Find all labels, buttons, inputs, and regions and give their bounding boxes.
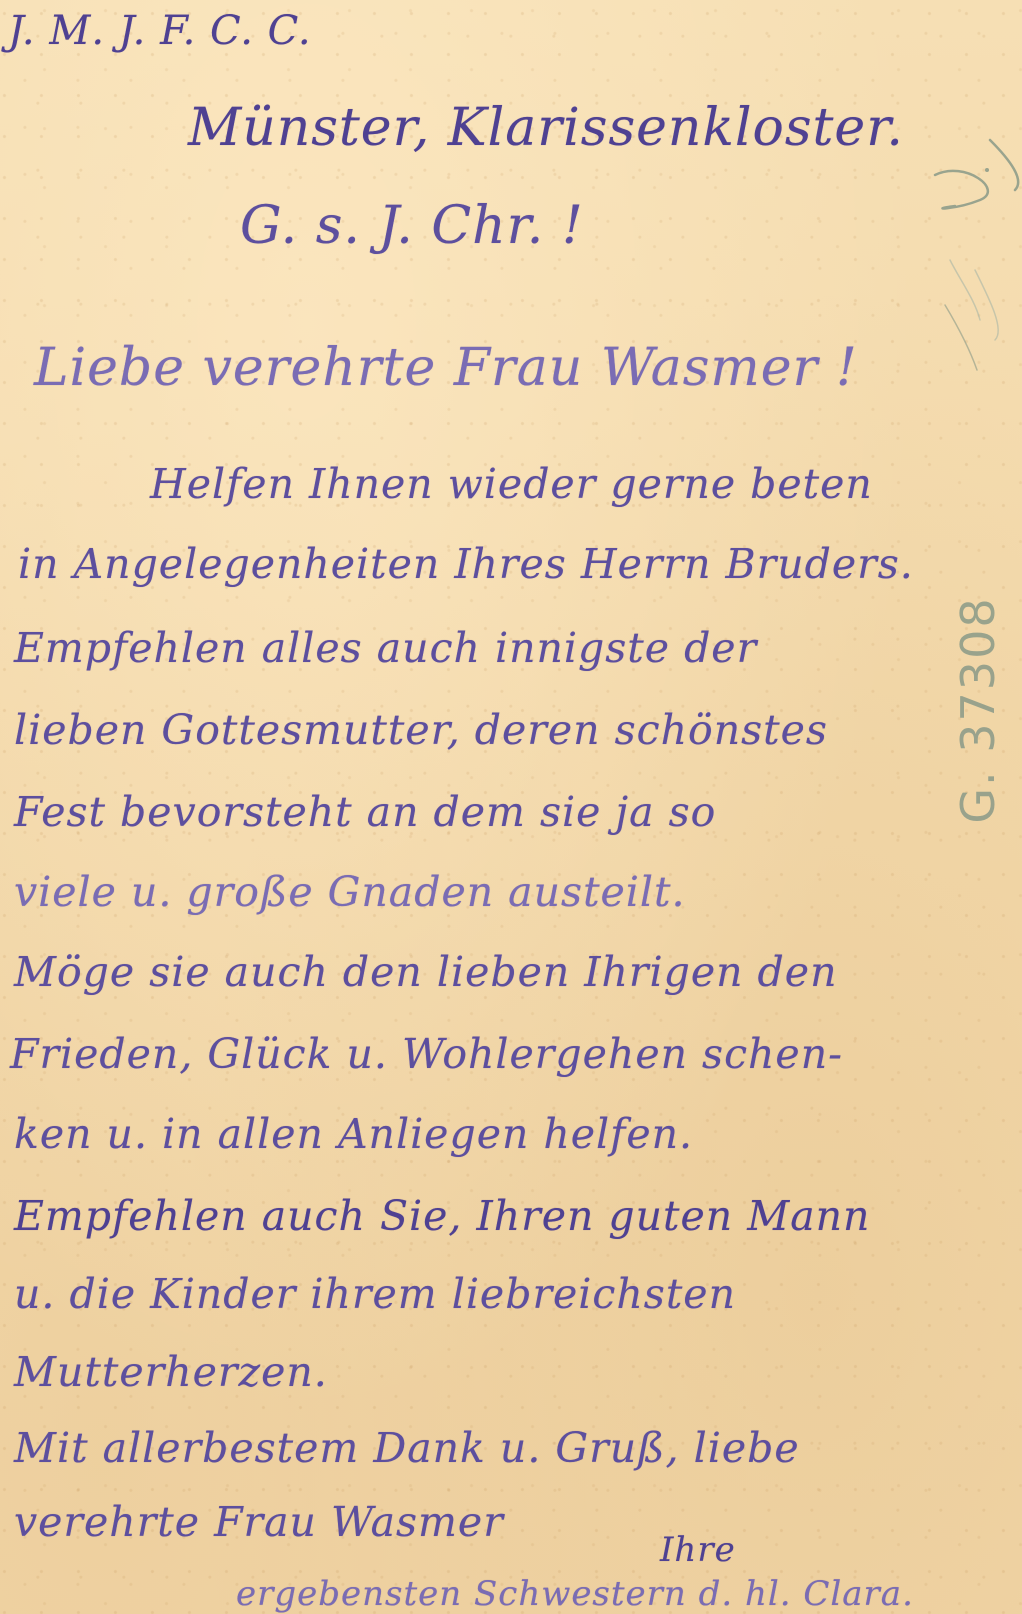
place-line: Münster, Klarissenkloster.	[188, 98, 904, 158]
body-line: in Angelegenheiten Ihres Herrn Bruders.	[18, 540, 914, 588]
body-line: Helfen Ihnen wieder gerne beten	[150, 460, 873, 508]
closing-line: Mit allerbestem Dank u. Gruß, liebe	[14, 1424, 800, 1472]
greeting-abbrev-line: G. s. J. Chr. !	[240, 196, 584, 256]
body-line: Empfehlen auch Sie, Ihren guten Mann	[14, 1192, 870, 1240]
signature-line: ergebensten Schwestern d. hl. Clara.	[236, 1574, 914, 1614]
closing-line: verehrte Frau Wasmer	[14, 1498, 504, 1546]
closing-ihre: Ihre	[660, 1530, 736, 1570]
body-line: ken u. in allen Anliegen helfen.	[14, 1110, 693, 1158]
body-line: Fest bevorsteht an dem sie ja so	[14, 788, 716, 836]
archive-number: G. 37308	[928, 560, 1022, 860]
archive-number-text: G. 37308	[951, 596, 1005, 823]
body-line: Empfehlen alles auch innigste der	[14, 624, 757, 672]
invocation-line: J. M. J. F. C. C.	[8, 8, 312, 54]
salutation-line: Liebe verehrte Frau Wasmer !	[34, 338, 858, 398]
body-line: Möge sie auch den lieben Ihrigen den	[14, 948, 837, 996]
body-line: u. die Kinder ihrem liebreichsten	[14, 1270, 736, 1318]
body-line: lieben Gottesmutter, deren schönstes	[14, 706, 828, 754]
body-line: viele u. große Gnaden austeilt.	[14, 868, 686, 916]
body-line: Mutterherzen.	[14, 1348, 328, 1396]
letter-page: J. M. J. F. C. C. Münster, Klarissenklos…	[0, 0, 1022, 1614]
pencil-scribble-icon	[915, 120, 1022, 380]
body-line: Frieden, Glück u. Wohlergehen schen-	[10, 1030, 843, 1078]
